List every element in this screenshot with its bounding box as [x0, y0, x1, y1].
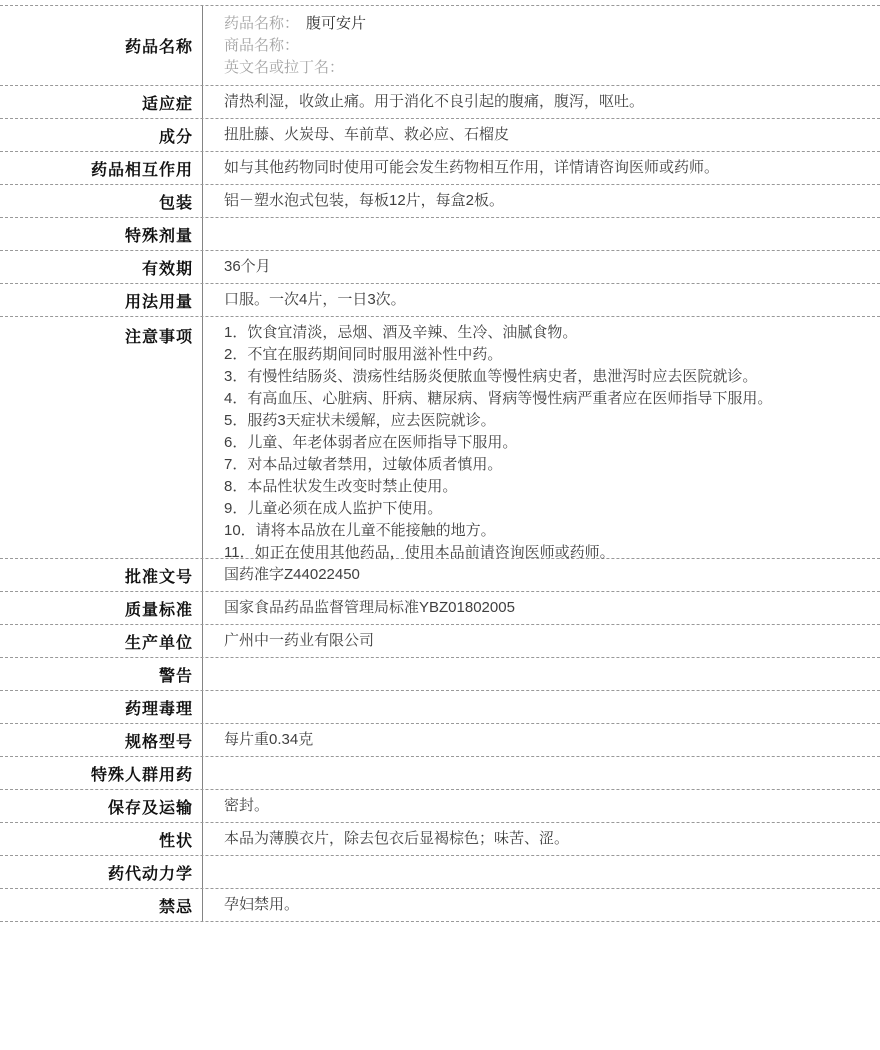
note-item: 10．请将本品放在儿童不能接触的地方。	[224, 520, 872, 542]
row-label: 包装	[0, 185, 203, 217]
name-field: 英文名或拉丁名：	[224, 57, 872, 79]
table-row: 包装铝－塑水泡式包装，每板12片，每盒2板。	[0, 185, 880, 218]
row-value	[203, 691, 880, 723]
row-label: 警告	[0, 658, 203, 690]
row-label: 规格型号	[0, 724, 203, 756]
row-value: 每片重0.34克	[203, 724, 880, 756]
drug-info-page: { "colors": { "background": "#ffffff", "…	[0, 0, 880, 1050]
row-text: 每片重0.34克	[224, 730, 872, 750]
name-field-key: 药品名称：	[224, 15, 299, 32]
row-value	[203, 757, 880, 789]
name-field-value: 腹可安片	[306, 15, 366, 32]
row-value: 广州中一药业有限公司	[203, 625, 880, 657]
row-value: 本品为薄膜衣片，除去包衣后显褐棕色；味苦、涩。	[203, 823, 880, 855]
table-row: 药代动力学	[0, 856, 880, 889]
row-value: 国药准字Z44022450	[203, 559, 880, 591]
row-label: 特殊人群用药	[0, 757, 203, 789]
row-text: 孕妇禁用。	[224, 895, 872, 915]
row-value: 药品名称：腹可安片商品名称：英文名或拉丁名：	[203, 6, 880, 85]
name-field: 商品名称：	[224, 35, 872, 57]
table-row: 药理毒理	[0, 691, 880, 724]
row-label: 特殊剂量	[0, 218, 203, 250]
table-row: 药品名称药品名称：腹可安片商品名称：英文名或拉丁名：	[0, 6, 880, 86]
row-text: 清热利湿，收敛止痛。用于消化不良引起的腹痛，腹泻，呕吐。	[224, 92, 872, 112]
row-label: 保存及运输	[0, 790, 203, 822]
note-item: 4．有高血压、心脏病、肝病、糖尿病、肾病等慢性病严重者应在医师指导下服用。	[224, 388, 872, 410]
row-value	[203, 218, 880, 250]
row-text: 铝－塑水泡式包装，每板12片，每盒2板。	[224, 191, 872, 211]
row-value: 孕妇禁用。	[203, 889, 880, 921]
name-field-key: 英文名或拉丁名：	[224, 59, 344, 76]
row-label: 生产单位	[0, 625, 203, 657]
row-value: 国家食品药品监督管理局标准YBZ01802005	[203, 592, 880, 624]
row-label: 批准文号	[0, 559, 203, 591]
note-item: 9．儿童必须在成人监护下使用。	[224, 498, 872, 520]
row-text: 如与其他药物同时使用可能会发生药物相互作用，详情请咨询医师或药师。	[224, 158, 872, 178]
row-value: 如与其他药物同时使用可能会发生药物相互作用，详情请咨询医师或药师。	[203, 152, 880, 184]
note-item: 6．儿童、年老体弱者应在医师指导下服用。	[224, 432, 872, 454]
row-value	[203, 658, 880, 690]
table-row: 规格型号每片重0.34克	[0, 724, 880, 757]
row-value: 口服。一次4片，一日3次。	[203, 284, 880, 316]
note-item: 8．本品性状发生改变时禁止使用。	[224, 476, 872, 498]
table-row: 特殊人群用药	[0, 757, 880, 790]
row-value: 扭肚藤、火炭母、车前草、救必应、石榴皮	[203, 119, 880, 151]
row-label: 适应症	[0, 86, 203, 118]
row-label: 成分	[0, 119, 203, 151]
row-text: 本品为薄膜衣片，除去包衣后显褐棕色；味苦、涩。	[224, 829, 872, 849]
row-text: 国药准字Z44022450	[224, 565, 872, 585]
table-row: 批准文号国药准字Z44022450	[0, 559, 880, 592]
note-item: 5．服药3天症状未缓解，应去医院就诊。	[224, 410, 872, 432]
table-row: 药品相互作用如与其他药物同时使用可能会发生药物相互作用，详情请咨询医师或药师。	[0, 152, 880, 185]
table-row: 有效期36个月	[0, 251, 880, 284]
note-item: 3．有慢性结肠炎、溃疡性结肠炎便脓血等慢性病史者，患泄泻时应去医院就诊。	[224, 366, 872, 388]
row-text: 广州中一药业有限公司	[224, 631, 872, 651]
row-text: 国家食品药品监督管理局标准YBZ01802005	[224, 598, 872, 618]
row-label: 有效期	[0, 251, 203, 283]
table-row: 保存及运输密封。	[0, 790, 880, 823]
row-value: 1．饮食宜清淡，忌烟、酒及辛辣、生冷、油腻食物。2．不宜在服药期间同时服用滋补性…	[203, 317, 880, 558]
note-item: 1．饮食宜清淡，忌烟、酒及辛辣、生冷、油腻食物。	[224, 322, 872, 344]
table-row: 生产单位广州中一药业有限公司	[0, 625, 880, 658]
row-label: 用法用量	[0, 284, 203, 316]
row-text: 36个月	[224, 257, 872, 277]
note-item: 2．不宜在服药期间同时服用滋补性中药。	[224, 344, 872, 366]
row-label: 药品名称	[0, 6, 203, 85]
row-label: 注意事项	[0, 317, 203, 558]
row-label: 质量标准	[0, 592, 203, 624]
row-label: 药代动力学	[0, 856, 203, 888]
row-value	[203, 856, 880, 888]
table-row: 成分扭肚藤、火炭母、车前草、救必应、石榴皮	[0, 119, 880, 152]
row-label: 药品相互作用	[0, 152, 203, 184]
drug-info-table: 药品名称药品名称：腹可安片商品名称：英文名或拉丁名：适应症清热利湿，收敛止痛。用…	[0, 5, 880, 922]
table-row: 适应症清热利湿，收敛止痛。用于消化不良引起的腹痛，腹泻，呕吐。	[0, 86, 880, 119]
table-row: 注意事项1．饮食宜清淡，忌烟、酒及辛辣、生冷、油腻食物。2．不宜在服药期间同时服…	[0, 317, 880, 559]
row-label: 药理毒理	[0, 691, 203, 723]
name-field: 药品名称：腹可安片	[224, 13, 872, 35]
table-row: 用法用量口服。一次4片，一日3次。	[0, 284, 880, 317]
row-value: 密封。	[203, 790, 880, 822]
table-row: 禁忌孕妇禁用。	[0, 889, 880, 922]
table-row: 特殊剂量	[0, 218, 880, 251]
table-row: 警告	[0, 658, 880, 691]
table-row: 性状本品为薄膜衣片，除去包衣后显褐棕色；味苦、涩。	[0, 823, 880, 856]
row-value: 36个月	[203, 251, 880, 283]
row-text: 扭肚藤、火炭母、车前草、救必应、石榴皮	[224, 125, 872, 145]
name-field-key: 商品名称：	[224, 37, 299, 54]
row-text: 密封。	[224, 796, 872, 816]
table-row: 质量标准国家食品药品监督管理局标准YBZ01802005	[0, 592, 880, 625]
row-text: 口服。一次4片，一日3次。	[224, 290, 872, 310]
row-label: 禁忌	[0, 889, 203, 921]
row-label: 性状	[0, 823, 203, 855]
row-value: 铝－塑水泡式包装，每板12片，每盒2板。	[203, 185, 880, 217]
row-value: 清热利湿，收敛止痛。用于消化不良引起的腹痛，腹泻，呕吐。	[203, 86, 880, 118]
note-item: 7．对本品过敏者禁用，过敏体质者慎用。	[224, 454, 872, 476]
